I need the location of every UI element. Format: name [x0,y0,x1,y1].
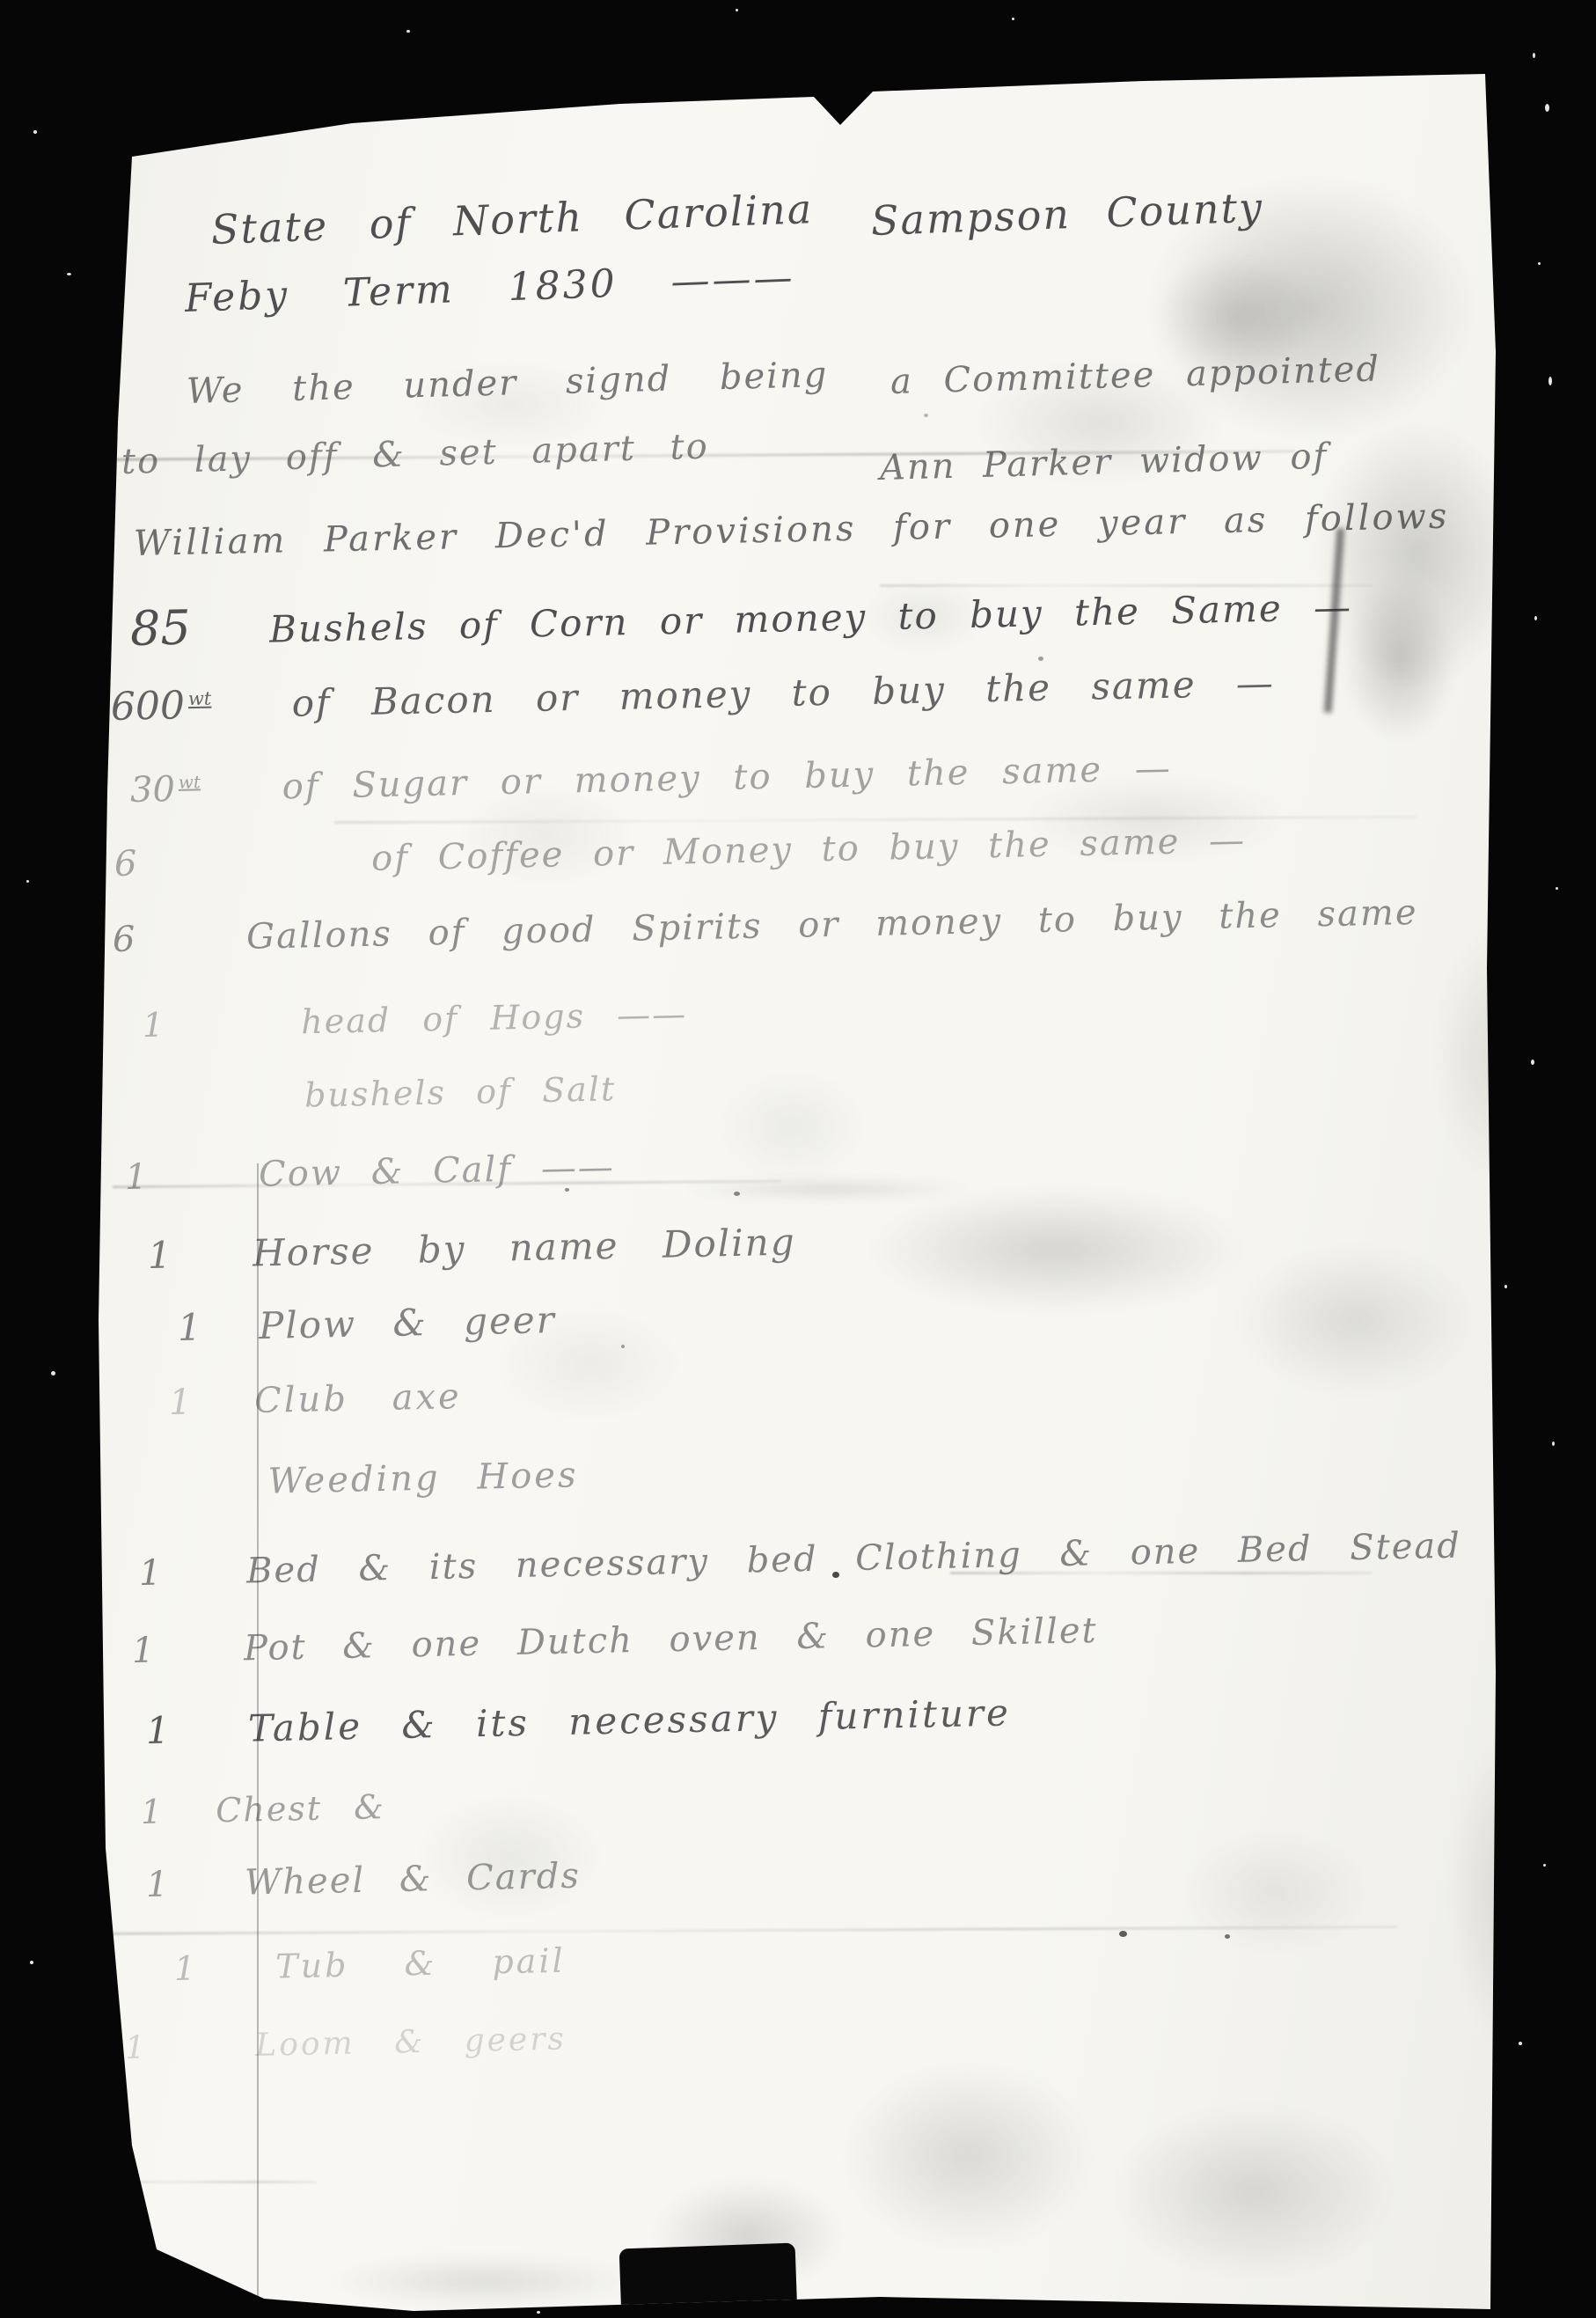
scan-background: State of North Carolina Sampson County F… [0,0,1596,2318]
item-text: Pot & one Dutch oven & one Skillet [244,1610,1098,1669]
item-row: 600wt of Bacon or money to buy the same … [111,664,1276,727]
item-row: 1 Club axe [169,1379,462,1420]
fold-line [88,2181,317,2183]
item-qty: 6 [113,921,135,957]
item-unit [157,1632,158,1654]
dust-speck [1533,53,1535,58]
item-row: 1 Plow & geer [178,1302,557,1346]
item-qty: 1 [139,1555,162,1591]
item-qty: 6 [114,846,137,882]
ink-dot [621,1345,625,1348]
dust-speck [1552,1441,1555,1446]
dust-speck [406,30,410,33]
item-text: of Bacon or money to buy the same — [291,661,1275,724]
item-qty: 600 [111,686,186,727]
item-qty: 1 [174,1951,196,1984]
dust-speck [736,9,738,11]
stain [1056,2068,1452,2314]
item-row: 1 Table & its necessary furniture [146,1694,1012,1750]
item-row: 1 head of Hogs —— [143,997,688,1042]
body-line-committee-left: We the under signd being [186,357,828,409]
item-text: Weeding Hoes [267,1455,579,1501]
dust-speck [1543,1864,1546,1867]
item-row: 1 Tub & pail [174,1944,566,1985]
item-text: Gallons of good Spirits or money to buy … [246,892,1418,957]
dust-speck [51,1371,55,1375]
item-row: 1 Wheel & Cards [146,1859,582,1903]
item-row: 6 Gallons of good Spirits or money to bu… [113,895,1418,957]
item-qty: 30 [130,772,176,808]
item-unit [194,1384,195,1405]
item-text: Cow & Calf —— [259,1147,616,1194]
ink-dot [924,414,928,417]
body-line-layoff-left: to lay off & set apart to [121,429,709,480]
dust-speck [1538,262,1541,265]
dust-speck [26,880,29,883]
dust-speck [1504,1285,1507,1288]
item-qty: 1 [132,1632,155,1669]
item-qty: 1 [141,1794,163,1828]
dust-speck [67,273,71,275]
item-qty: 85 [129,605,191,653]
item-row: 1 Chest & [141,1790,386,1829]
document-page: State of North Carolina Sampson County F… [0,0,1596,2318]
item-text: bushels of Salt [304,1069,617,1114]
item-unit [140,846,141,867]
item-row: 1 Loom & geers [125,2023,567,2065]
item-row: 1 Bed & its necessary bed Clothing & one… [139,1529,1462,1591]
dust-speck [1519,2042,1522,2045]
item-unit [174,1237,175,1258]
paper-hole [619,2243,798,2318]
item-unit [204,1309,205,1331]
item-text: Tub & pail [275,1941,566,1986]
item-row: 1 Pot & one Dutch oven & one Skillet [132,1613,1098,1669]
header-line-county: Sampson County [870,187,1264,241]
dust-speck [33,130,37,134]
item-unit: wt [188,688,212,710]
item-unit [150,1159,151,1180]
item-unit [165,1555,165,1576]
item-text: Bushels of Corn or money to buy the Same… [269,585,1353,651]
dust-speck [537,2311,540,2314]
dust-speck [30,1961,33,1964]
item-row: 1 Cow & Calf —— [125,1149,616,1195]
ink-dot [1038,657,1043,661]
item-unit [172,1867,172,1888]
item-text: Bed & its necessary bed Clothing & one B… [246,1526,1462,1592]
ink-dot [1225,1934,1230,1939]
item-qty: 1 [148,1236,172,1274]
header-line-term: Feby Term 1830 ——— [184,259,795,319]
dust-speck [1545,104,1549,112]
item-qty: 1 [178,1309,202,1346]
item-text: Table & its necessary furniture [248,1691,1012,1750]
item-row: 1 Horse by name Doling [148,1224,796,1274]
ink-dot [222,123,226,127]
item-text: Chest & [216,1787,386,1830]
item-text: Horse by name Doling [253,1221,797,1275]
dust-speck [1531,1060,1534,1065]
ink-dot [734,1192,740,1196]
item-qty: 1 [125,2033,146,2065]
stain [1144,1804,1408,1980]
stain [1408,880,1584,1232]
item-qty: 1 [146,1867,169,1903]
stain [1188,1214,1522,1426]
dust-speck [1012,18,1014,20]
dust-speck [1534,616,1537,620]
item-unit: wt [178,771,201,793]
item-qty: 1 [125,1159,148,1195]
item-qty: 1 [146,1712,171,1750]
item-qty: 1 [143,1008,165,1041]
item-unit [194,613,194,635]
item-row: bushels of Salt [290,1072,617,1112]
item-text: Loom & geers [255,2021,567,2063]
item-text: head of Hogs —— [301,994,688,1041]
dust-speck [1548,377,1552,385]
ink-dot [565,1188,569,1192]
item-text: Wheel & Cards [245,1856,582,1904]
item-unit [138,921,139,943]
header-line-state: State of North Carolina [210,188,814,250]
body-line-provisions: William Parker Dec'd Provisions for one … [134,499,1450,561]
item-unit [257,1464,258,1485]
ink-dot [1119,1931,1127,1937]
dust-speck [1556,887,1558,890]
item-unit [172,1713,173,1734]
item-row: 85 Bushels of Corn or money to buy the S… [129,580,1352,653]
stain [1425,1672,1596,2112]
item-text: Plow & geer [259,1298,557,1347]
item-text: Club axe [254,1376,462,1421]
item-row: Weeding Hoes [253,1457,579,1500]
item-qty: 1 [169,1384,192,1420]
